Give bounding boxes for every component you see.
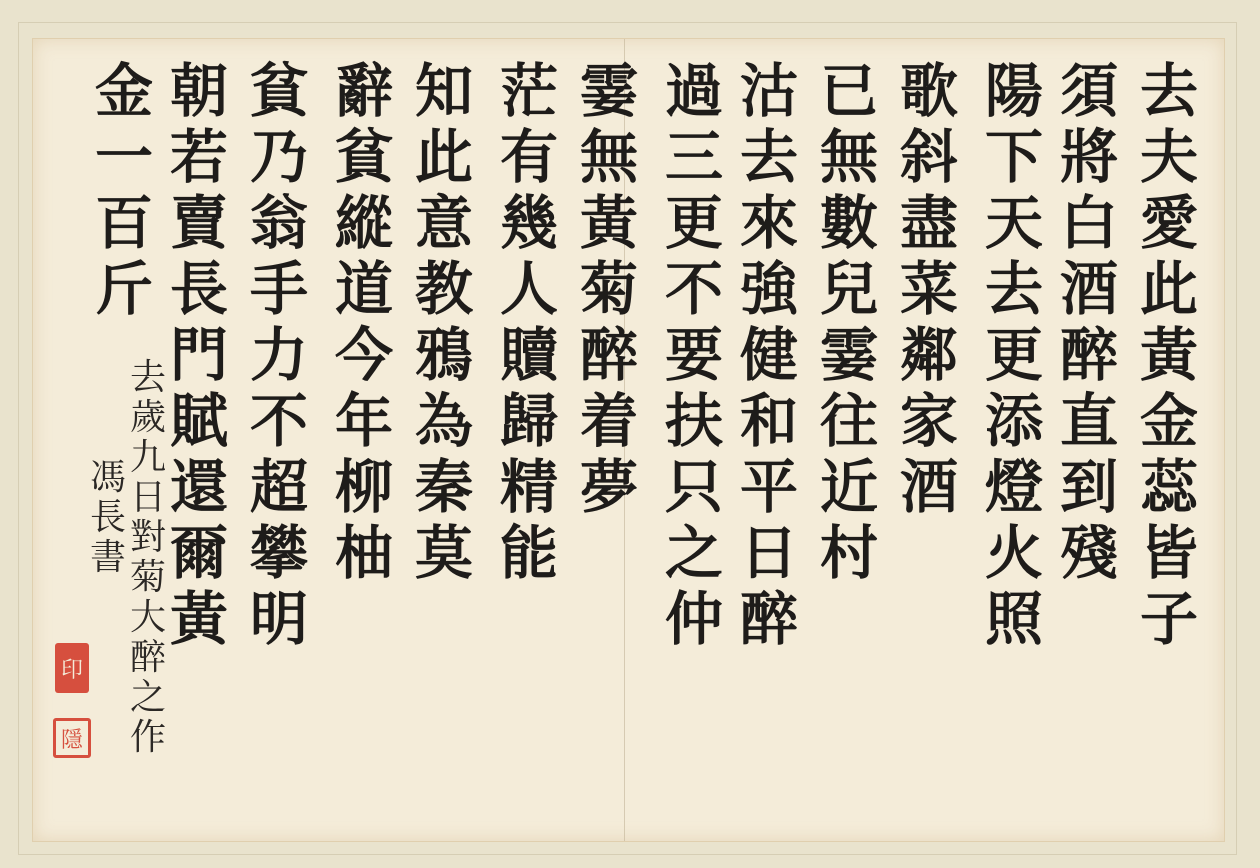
character: 直: [1060, 392, 1118, 458]
character: 大: [130, 600, 166, 640]
character: 盡: [900, 194, 958, 260]
character: 強: [740, 260, 798, 326]
character: 賦: [170, 392, 228, 458]
character: 霎: [820, 326, 878, 392]
character: 朝: [170, 62, 228, 128]
character: 金: [1140, 392, 1198, 458]
character: 歲: [130, 400, 166, 440]
character: 還: [170, 458, 228, 524]
character: 之: [665, 524, 723, 590]
character: 兒: [820, 260, 878, 326]
character: 夫: [1140, 128, 1198, 194]
character: 白: [1060, 194, 1118, 260]
character: 意: [415, 194, 473, 260]
character: 莫: [415, 524, 473, 590]
character: 蕊: [1140, 458, 1198, 524]
character: 數: [820, 194, 878, 260]
character: 天: [985, 194, 1043, 260]
character: 手: [250, 260, 308, 326]
character: 黃: [170, 590, 228, 656]
text-column: 辭貧縱道今年柳柚: [335, 62, 393, 590]
character: 菊: [580, 260, 638, 326]
character: 去: [985, 260, 1043, 326]
character: 人: [500, 260, 558, 326]
character: 精: [500, 458, 558, 524]
text-column: 沽去來強健和平日醉: [740, 62, 798, 656]
character: 力: [250, 326, 308, 392]
character: 村: [820, 524, 878, 590]
character: 作: [130, 720, 166, 760]
character: 茫: [500, 62, 558, 128]
character: 日: [740, 524, 798, 590]
character: 着: [580, 392, 638, 458]
character: 愛: [1140, 194, 1198, 260]
character: 馮: [90, 460, 126, 500]
character: 醉: [1060, 326, 1118, 392]
character: 能: [500, 524, 558, 590]
character: 霎: [580, 62, 638, 128]
seal-glyph: 印: [55, 643, 89, 693]
character: 平: [740, 458, 798, 524]
character: 超: [250, 458, 308, 524]
character: 今: [335, 326, 393, 392]
inscription-column: 去歲九日對菊大醉之作: [130, 360, 166, 760]
character: 須: [1060, 62, 1118, 128]
seal-stamp: 印: [55, 643, 89, 693]
character: 不: [250, 392, 308, 458]
character: 沽: [740, 62, 798, 128]
character: 為: [415, 392, 473, 458]
character: 更: [665, 194, 723, 260]
character: 殘: [1060, 524, 1118, 590]
character: 爾: [170, 524, 228, 590]
character: 照: [985, 590, 1043, 656]
character: 書: [90, 540, 126, 580]
character: 過: [665, 62, 723, 128]
character: 此: [415, 128, 473, 194]
character: 斤: [95, 260, 153, 326]
text-column: 過三更不要扶只之仲: [665, 62, 723, 656]
character: 三: [665, 128, 723, 194]
character: 鄰: [900, 326, 958, 392]
character: 無: [820, 128, 878, 194]
text-column: 茫有幾人贖歸精能: [500, 62, 558, 590]
character: 金: [95, 62, 153, 128]
character: 往: [820, 392, 878, 458]
character: 仲: [665, 590, 723, 656]
character: 貧: [335, 128, 393, 194]
seal-stamp: 隱: [53, 718, 91, 758]
character: 更: [985, 326, 1043, 392]
character: 近: [820, 458, 878, 524]
character: 長: [90, 500, 126, 540]
character: 陽: [985, 62, 1043, 128]
character: 一: [95, 128, 153, 194]
character: 下: [985, 128, 1043, 194]
character: 家: [900, 392, 958, 458]
text-column: 已無數兒霎往近村: [820, 62, 878, 590]
character: 和: [740, 392, 798, 458]
character: 皆: [1140, 524, 1198, 590]
character: 明: [250, 590, 308, 656]
character: 酒: [1060, 260, 1118, 326]
character: 去: [130, 360, 166, 400]
character: 菊: [130, 560, 166, 600]
character: 夢: [580, 458, 638, 524]
character: 道: [335, 260, 393, 326]
character: 柚: [335, 524, 393, 590]
character: 幾: [500, 194, 558, 260]
text-column: 須將白酒醉直到殘: [1060, 62, 1118, 590]
character: 醉: [130, 640, 166, 680]
text-column: 去夫愛此黃金蕊皆子: [1140, 62, 1198, 656]
character: 縱: [335, 194, 393, 260]
character: 對: [130, 520, 166, 560]
character: 將: [1060, 128, 1118, 194]
character: 翁: [250, 194, 308, 260]
character: 柳: [335, 458, 393, 524]
character: 九: [130, 440, 166, 480]
signature-column: 馮長書: [90, 460, 126, 580]
character: 攀: [250, 524, 308, 590]
character: 添: [985, 392, 1043, 458]
character: 門: [170, 326, 228, 392]
text-column: 朝若賣長門賦還爾黃: [170, 62, 228, 656]
character: 有: [500, 128, 558, 194]
character: 火: [985, 524, 1043, 590]
character: 若: [170, 128, 228, 194]
text-column: 陽下天去更添燈火照: [985, 62, 1043, 656]
character: 歸: [500, 392, 558, 458]
text-column: 霎無黃菊醉着夢: [580, 62, 638, 524]
character: 鴉: [415, 326, 473, 392]
character: 已: [820, 62, 878, 128]
text-column: 金一百斤: [95, 62, 153, 326]
character: 黃: [580, 194, 638, 260]
character: 乃: [250, 128, 308, 194]
character: 百: [95, 194, 153, 260]
character: 扶: [665, 392, 723, 458]
character: 不: [665, 260, 723, 326]
character: 歌: [900, 62, 958, 128]
character: 之: [130, 680, 166, 720]
character: 長: [170, 260, 228, 326]
character: 教: [415, 260, 473, 326]
text-column: 歌斜盡菜鄰家酒: [900, 62, 958, 524]
character: 來: [740, 194, 798, 260]
character: 日: [130, 480, 166, 520]
character: 斜: [900, 128, 958, 194]
character: 醉: [740, 590, 798, 656]
character: 健: [740, 326, 798, 392]
text-column: 貧乃翁手力不超攀明: [250, 62, 308, 656]
character: 辭: [335, 62, 393, 128]
character: 年: [335, 392, 393, 458]
character: 貧: [250, 62, 308, 128]
character: 醉: [580, 326, 638, 392]
text-column: 知此意教鴉為秦莫: [415, 62, 473, 590]
character: 贖: [500, 326, 558, 392]
character: 賣: [170, 194, 228, 260]
character: 到: [1060, 458, 1118, 524]
character: 要: [665, 326, 723, 392]
character: 酒: [900, 458, 958, 524]
character: 菜: [900, 260, 958, 326]
character: 子: [1140, 590, 1198, 656]
character: 秦: [415, 458, 473, 524]
character: 黃: [1140, 326, 1198, 392]
character: 去: [1140, 62, 1198, 128]
character: 只: [665, 458, 723, 524]
character: 無: [580, 128, 638, 194]
character: 此: [1140, 260, 1198, 326]
seal-glyph: 隱: [56, 721, 88, 755]
character: 去: [740, 128, 798, 194]
character: 知: [415, 62, 473, 128]
character: 燈: [985, 458, 1043, 524]
